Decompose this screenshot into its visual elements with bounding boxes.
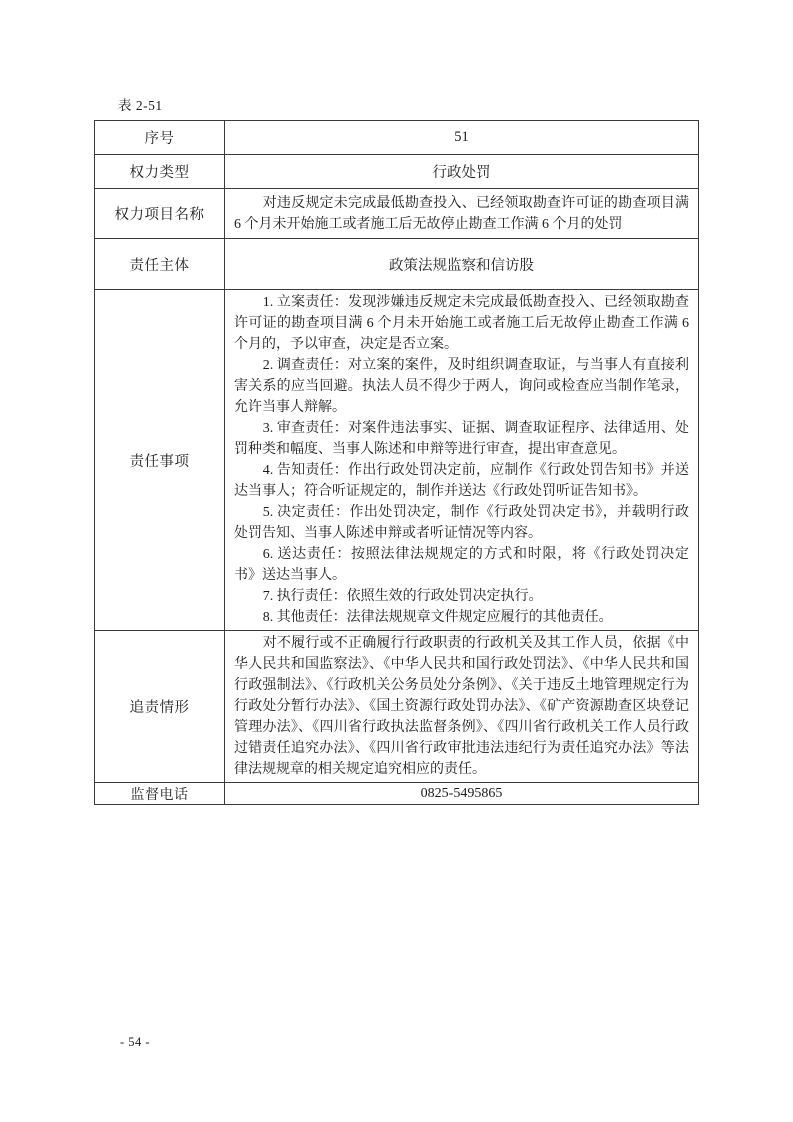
power-item-name-text: 对违反规定未完成最低勘查投入、已经领取勘查许可证的勘查项目满 6 个月未开始施工… — [234, 193, 689, 235]
responsibility-item-7: 7. 执行责任：依照生效的行政处罚决定执行。 — [234, 586, 689, 607]
table-caption: 表 2-51 — [118, 94, 700, 114]
row-label-responsibility-items: 责任事项 — [95, 290, 225, 631]
row-label-power-type: 权力类型 — [95, 155, 225, 189]
document-body: 表 2-51 序号 51 权力类型 行政处罚 权力项目名称 对违反规定未完成最低… — [94, 94, 700, 805]
page-number: - 54 - — [120, 1035, 150, 1050]
row-label-power-item-name: 权力项目名称 — [95, 189, 225, 239]
table-row: 权力类型 行政处罚 — [95, 155, 699, 189]
responsibility-item-8: 8. 其他责任：法律法规规章文件规定应履行的其他责任。 — [234, 607, 689, 628]
serial-number-value: 51 — [225, 121, 699, 155]
table-row: 权力项目名称 对违反规定未完成最低勘查投入、已经领取勘查许可证的勘查项目满 6 … — [95, 189, 699, 239]
table-row: 追责情形 对不履行或不正确履行行政职责的行政机关及其工作人员，依据《中华人民共和… — [95, 631, 699, 783]
row-label-serial-number: 序号 — [95, 121, 225, 155]
supervision-phone-value: 0825-5495865 — [225, 783, 699, 805]
row-label-accountability-circumstances: 追责情形 — [95, 631, 225, 783]
power-item-table: 序号 51 权力类型 行政处罚 权力项目名称 对违反规定未完成最低勘查投入、已经… — [94, 120, 699, 805]
responsibility-item-4: 4. 告知责任：作出行政处罚决定前，应制作《行政处罚告知书》并送达当事人；符合听… — [234, 460, 689, 502]
responsibility-items-value: 1. 立案责任：发现涉嫌违反规定未完成最低勘查投入、已经领取勘查许可证的勘查项目… — [225, 290, 699, 631]
row-label-responsible-body: 责任主体 — [95, 239, 225, 290]
responsibility-item-2: 2. 调查责任：对立案的案件，及时组织调查取证，与当事人有直接利害关系的应当回避… — [234, 355, 689, 418]
responsible-body-value: 政策法规监察和信访股 — [225, 239, 699, 290]
power-type-value: 行政处罚 — [225, 155, 699, 189]
responsibility-item-1: 1. 立案责任：发现涉嫌违反规定未完成最低勘查投入、已经领取勘查许可证的勘查项目… — [234, 292, 689, 355]
table-row: 监督电话 0825-5495865 — [95, 783, 699, 805]
accountability-circumstances-value: 对不履行或不正确履行行政职责的行政机关及其工作人员，依据《中华人民共和国监察法》… — [225, 631, 699, 783]
table-row: 序号 51 — [95, 121, 699, 155]
row-label-supervision-phone: 监督电话 — [95, 783, 225, 805]
power-item-name-value: 对违反规定未完成最低勘查投入、已经领取勘查许可证的勘查项目满 6 个月未开始施工… — [225, 189, 699, 239]
responsibility-item-3: 3. 审查责任：对案件违法事实、证据、调查取证程序、法律适用、处罚种类和幅度、当… — [234, 418, 689, 460]
accountability-circumstances-text: 对不履行或不正确履行行政职责的行政机关及其工作人员，依据《中华人民共和国监察法》… — [234, 633, 689, 780]
responsibility-item-5: 5. 决定责任：作出处罚决定，制作《行政处罚决定书》，并载明行政处罚告知、当事人… — [234, 502, 689, 544]
responsibility-item-6: 6. 送达责任：按照法律法规规定的方式和时限，将《行政处罚决定书》送达当事人。 — [234, 544, 689, 586]
table-row: 责任事项 1. 立案责任：发现涉嫌违反规定未完成最低勘查投入、已经领取勘查许可证… — [95, 290, 699, 631]
table-row: 责任主体 政策法规监察和信访股 — [95, 239, 699, 290]
